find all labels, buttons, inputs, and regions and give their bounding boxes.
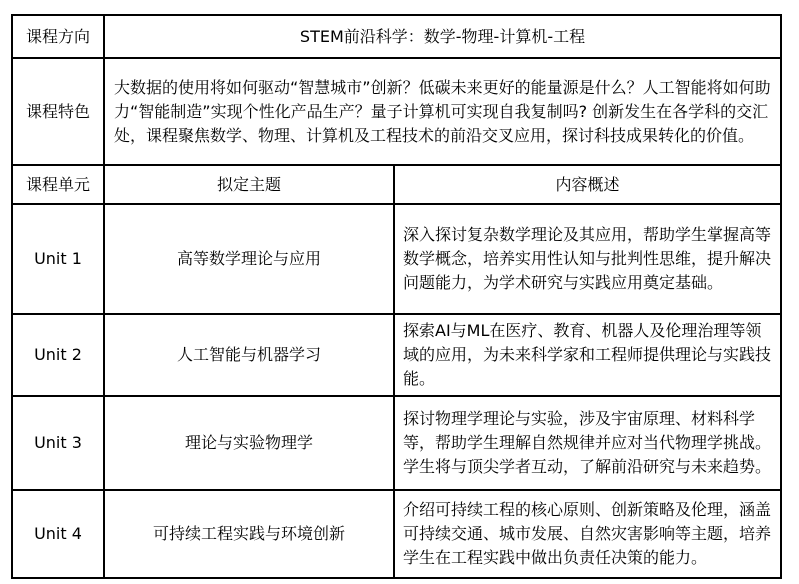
table-row-unit-2: Unit 2 人工智能与机器学习 探索AI与ML在医疗、教育、机器人及伦理治理等…	[12, 314, 781, 396]
course-features-row: 课程特色 大数据的使用将如何驱动“智慧城市”创新？低碳未来更好的能量源是什么？人…	[12, 58, 781, 165]
unit-3-label: Unit 3	[12, 396, 104, 490]
document-page: 课程方向 STEM前沿科学：数学-物理-计算机-工程 课程特色 大数据的使用将如…	[0, 0, 799, 584]
unit-4-topic: 可持续工程实践与环境创新	[104, 490, 394, 578]
unit-3-topic: 理论与实验物理学	[104, 396, 394, 490]
unit-2-label: Unit 2	[12, 314, 104, 396]
table-row-unit-4: Unit 4 可持续工程实践与环境创新 介绍可持续工程的核心原则、创新策略及伦理…	[12, 490, 781, 578]
unit-4-summary: 介绍可持续工程的核心原则、创新策略及伦理，涵盖可持续交通、城市发展、自然灾害影响…	[394, 490, 781, 578]
unit-4-label: Unit 4	[12, 490, 104, 578]
summary-column-header: 内容概述	[394, 165, 781, 204]
unit-3-summary: 探讨物理学理论与实验，涉及宇宙原理、材料科学等，帮助学生理解自然规律并应对当代物…	[394, 396, 781, 490]
unit-column-header: 课程单元	[12, 165, 104, 204]
table-row-unit-1: Unit 1 高等数学理论与应用 深入探讨复杂数学理论及其应用，帮助学生掌握高等…	[12, 204, 781, 314]
course-direction-label: 课程方向	[12, 15, 104, 58]
course-features-text: 大数据的使用将如何驱动“智慧城市”创新？低碳未来更好的能量源是什么？人工智能将如…	[104, 58, 781, 165]
course-direction-row: 课程方向 STEM前沿科学：数学-物理-计算机-工程	[12, 15, 781, 58]
unit-1-topic: 高等数学理论与应用	[104, 204, 394, 314]
unit-1-label: Unit 1	[12, 204, 104, 314]
topic-column-header: 拟定主题	[104, 165, 394, 204]
unit-2-summary: 探索AI与ML在医疗、教育、机器人及伦理治理等领域的应用，为未来科学家和工程师提…	[394, 314, 781, 396]
column-header-row: 课程单元 拟定主题 内容概述	[12, 165, 781, 204]
unit-1-summary: 深入探讨复杂数学理论及其应用，帮助学生掌握高等数学概念，培养实用性认知与批判性思…	[394, 204, 781, 314]
table-row-unit-3: Unit 3 理论与实验物理学 探讨物理学理论与实验，涉及宇宙原理、材料科学等，…	[12, 396, 781, 490]
course-direction-title: STEM前沿科学：数学-物理-计算机-工程	[104, 15, 781, 58]
course-features-label: 课程特色	[12, 58, 104, 165]
unit-2-topic: 人工智能与机器学习	[104, 314, 394, 396]
course-syllabus-table: 课程方向 STEM前沿科学：数学-物理-计算机-工程 课程特色 大数据的使用将如…	[11, 14, 782, 579]
